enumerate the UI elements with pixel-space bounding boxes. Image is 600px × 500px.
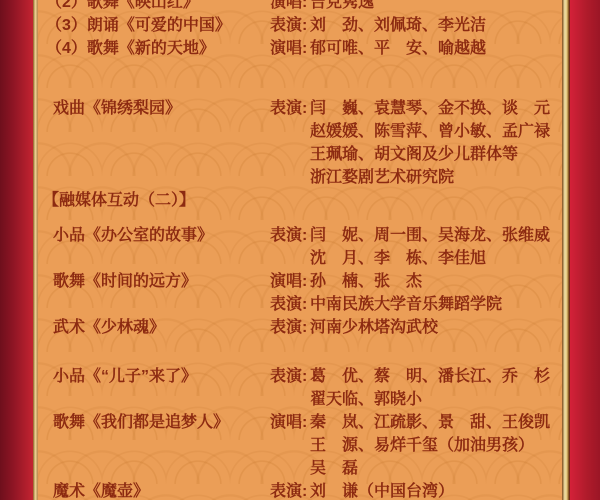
role-label: 表演: <box>270 316 310 339</box>
program-row: 小品《“儿子”来了》表演:葛 优、蔡 明、潘长江、乔 杉翟天临、郭晓小 <box>38 365 562 411</box>
performer-names: 翟天临、郭晓小 <box>310 388 422 411</box>
performer-names: 沈 月、李 栋、李佳旭 <box>310 247 486 270</box>
role-label: 表演: <box>270 97 310 120</box>
performer-names: 浙江婺剧艺术研究院 <box>310 166 454 189</box>
performer-names: 河南少林塔沟武校 <box>310 316 438 339</box>
performer-line: 表演:葛 优、蔡 明、潘长江、乔 杉 <box>270 365 562 388</box>
program-row: 魔术《魔壶》表演:刘 谦（中国台湾） <box>38 480 562 500</box>
performer-column: 演唱:孙 楠、张 杰表演:中南民族大学音乐舞蹈学院 <box>270 270 562 316</box>
performer-line: 演唱:郁可唯、平 安、喻越越 <box>270 37 562 60</box>
program-title: 歌舞《我们都是追梦人》 <box>38 411 270 434</box>
program-title: 小品《“儿子”来了》 <box>38 365 270 388</box>
performer-column: 表演:刘 劲、刘佩琦、李光洁 <box>270 14 562 37</box>
performer-line: 表演:刘 谦（中国台湾） <box>270 480 562 500</box>
performer-names: 郁可唯、平 安、喻越越 <box>310 37 486 60</box>
role-label: 表演: <box>270 480 310 500</box>
performer-names: 刘 劲、刘佩琦、李光洁 <box>310 14 486 37</box>
role-label: 演唱: <box>270 0 310 14</box>
role-label: 表演: <box>270 365 310 388</box>
performer-line: 翟天临、郭晓小 <box>270 388 562 411</box>
role-label: 表演: <box>270 293 310 316</box>
program-panel: （2）歌舞《映山红》演唱:吉克隽逸（3）朗诵《可爱的中国》表演:刘 劲、刘佩琦、… <box>38 0 562 500</box>
performer-line: 表演:刘 劲、刘佩琦、李光洁 <box>270 14 562 37</box>
performer-names: 王珮瑜、胡文阁及少儿群体等 <box>310 143 518 166</box>
performer-names: 秦 岚、江疏影、景 甜、王俊凯 <box>310 411 550 434</box>
performer-column: 表演:葛 优、蔡 明、潘长江、乔 杉翟天临、郭晓小 <box>270 365 562 411</box>
right-red-band <box>570 0 600 500</box>
performer-line: 表演:中南民族大学音乐舞蹈学院 <box>270 293 562 316</box>
program-row: 武术《少林魂》表演:河南少林塔沟武校 <box>38 316 562 339</box>
role-label: 表演: <box>270 224 310 247</box>
performer-line: 表演:闫 妮、周一围、吴海龙、张维威 <box>270 224 562 247</box>
performer-line: 赵媛媛、陈雪萍、曾小敏、孟广禄 <box>270 120 562 143</box>
program-list: （2）歌舞《映山红》演唱:吉克隽逸（3）朗诵《可爱的中国》表演:刘 劲、刘佩琦、… <box>38 0 562 500</box>
performer-column: 演唱:吉克隽逸 <box>270 0 562 14</box>
program-row: 歌舞《我们都是追梦人》演唱:秦 岚、江疏影、景 甜、王俊凯王 源、易烊千玺（加油… <box>38 411 562 480</box>
performer-line: 浙江婺剧艺术研究院 <box>270 166 562 189</box>
right-gold-border <box>562 0 570 500</box>
performer-line: 演唱:秦 岚、江疏影、景 甜、王俊凯 <box>270 411 562 434</box>
performer-column: 表演:河南少林塔沟武校 <box>270 316 562 339</box>
performer-column: 表演:刘 谦（中国台湾） <box>270 480 562 500</box>
section-heading: 【融媒体互动（二）】 <box>38 189 270 212</box>
role-label: 演唱: <box>270 270 310 293</box>
performer-names: 刘 谦（中国台湾） <box>310 480 454 500</box>
performer-names: 吉克隽逸 <box>310 0 374 14</box>
program-title: 小品《办公室的故事》 <box>38 224 270 247</box>
performer-line: 王 源、易烊千玺（加油男孩） <box>270 434 562 457</box>
program-row: 戏曲《锦绣梨园》表演:闫 巍、袁慧琴、金不换、谈 元赵媛媛、陈雪萍、曾小敏、孟广… <box>38 97 562 189</box>
program-row: （3）朗诵《可爱的中国》表演:刘 劲、刘佩琦、李光洁 <box>38 14 562 37</box>
performer-line: 演唱:吉克隽逸 <box>270 0 562 14</box>
performer-line: 演唱:孙 楠、张 杰 <box>270 270 562 293</box>
role-label: 演唱: <box>270 37 310 60</box>
program-title: 戏曲《锦绣梨园》 <box>38 97 270 120</box>
performer-line: 吴 磊 <box>270 457 562 480</box>
section-row: 【融媒体互动（二）】 <box>38 189 562 212</box>
performer-names: 王 源、易烊千玺（加油男孩） <box>310 434 534 457</box>
program-title: 歌舞《时间的远方》 <box>38 270 270 293</box>
left-red-band <box>0 0 33 500</box>
performer-names: 孙 楠、张 杰 <box>310 270 422 293</box>
program-row: 歌舞《时间的远方》演唱:孙 楠、张 杰表演:中南民族大学音乐舞蹈学院 <box>38 270 562 316</box>
performer-column: 演唱:郁可唯、平 安、喻越越 <box>270 37 562 60</box>
performer-column: 表演:闫 巍、袁慧琴、金不换、谈 元赵媛媛、陈雪萍、曾小敏、孟广禄王珮瑜、胡文阁… <box>270 97 562 189</box>
performer-line: 表演:闫 巍、袁慧琴、金不换、谈 元 <box>270 97 562 120</box>
performer-names: 闫 巍、袁慧琴、金不换、谈 元 <box>310 97 550 120</box>
performer-names: 闫 妮、周一围、吴海龙、张维威 <box>310 224 550 247</box>
program-row: （4）歌舞《新的天地》演唱:郁可唯、平 安、喻越越 <box>38 37 562 60</box>
performer-names: 中南民族大学音乐舞蹈学院 <box>310 293 502 316</box>
role-label: 演唱: <box>270 411 310 434</box>
performer-names: 葛 优、蔡 明、潘长江、乔 杉 <box>310 365 550 388</box>
role-label: 表演: <box>270 14 310 37</box>
performer-names: 吴 磊 <box>310 457 358 480</box>
program-title: （4）歌舞《新的天地》 <box>38 37 270 60</box>
program-title: 武术《少林魂》 <box>38 316 270 339</box>
performer-names: 赵媛媛、陈雪萍、曾小敏、孟广禄 <box>310 120 550 143</box>
performer-column: 表演:闫 妮、周一围、吴海龙、张维威沈 月、李 栋、李佳旭 <box>270 224 562 270</box>
program-title: （2）歌舞《映山红》 <box>38 0 270 14</box>
performer-line: 沈 月、李 栋、李佳旭 <box>270 247 562 270</box>
gala-program-page: （2）歌舞《映山红》演唱:吉克隽逸（3）朗诵《可爱的中国》表演:刘 劲、刘佩琦、… <box>0 0 600 500</box>
program-title: （3）朗诵《可爱的中国》 <box>38 14 270 37</box>
program-row: （2）歌舞《映山红》演唱:吉克隽逸 <box>38 0 562 14</box>
performer-column: 演唱:秦 岚、江疏影、景 甜、王俊凯王 源、易烊千玺（加油男孩）吴 磊 <box>270 411 562 480</box>
performer-line: 表演:河南少林塔沟武校 <box>270 316 562 339</box>
program-row: 小品《办公室的故事》表演:闫 妮、周一围、吴海龙、张维威沈 月、李 栋、李佳旭 <box>38 224 562 270</box>
performer-line: 王珮瑜、胡文阁及少儿群体等 <box>270 143 562 166</box>
program-title: 魔术《魔壶》 <box>38 480 270 500</box>
